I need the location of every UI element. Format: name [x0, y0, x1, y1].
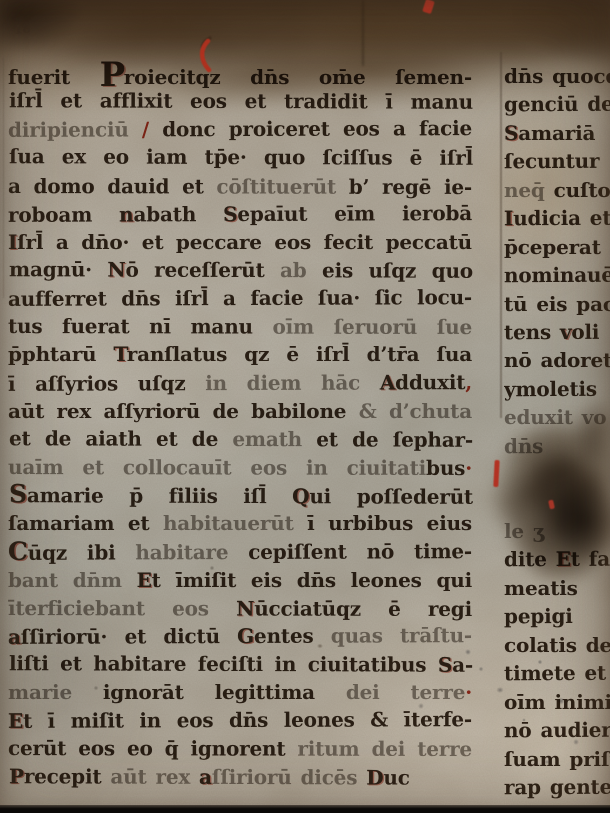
text-segment: entes [254, 623, 331, 647]
text-segment: nō audier [504, 718, 610, 743]
text-segment: a [199, 764, 212, 788]
text-segment: recepit [24, 764, 111, 788]
text-segment: A [380, 370, 395, 394]
text-segment: roboam [8, 202, 119, 226]
text-segment: ſuam priſti [504, 747, 610, 771]
manuscript-line: p̄ceperat d [504, 233, 610, 261]
text-segment: neq̄ [504, 178, 554, 202]
text-segment: D [366, 765, 383, 789]
text-segment: T [114, 342, 127, 366]
text-segment: E [137, 568, 152, 592]
text-segment: liſti et habitare feciſti in ciuitatibus [9, 651, 438, 676]
manuscript-line: ī aſſyrios uſqz in diem hāc Adduxit, [8, 368, 472, 398]
text-segment: rap gentes [504, 775, 610, 800]
manuscript-line: Precepit aūt rex aſſiriorū dicēs Duc [9, 762, 473, 792]
text-segment: ymoletis [504, 377, 597, 401]
text-column-right: dn̄s quocqzgenciū deSamariāſecunturneq̄ … [504, 62, 610, 801]
text-segment: aūt rex aſſyriorū de babilone [8, 399, 359, 423]
text-segment: ī urbibus eius [307, 511, 472, 535]
text-segment: et de ſephar- [316, 427, 473, 452]
text-segment: dei terre [346, 680, 465, 704]
rubric-segment: , [465, 370, 472, 394]
manuscript-line: marie ignorāt legittima dei terre· [8, 678, 472, 706]
manuscript-line: Iudicia et [504, 204, 610, 233]
parchment-stain-patch [470, 85, 610, 285]
text-segment: a domo dauid et [8, 174, 216, 198]
text-segment: ſrl̄ a dn̄o· et peccare eos fecit peccat… [17, 230, 472, 254]
manuscript-line: roboam nabath Sepaīut eīm ierobā [8, 199, 472, 229]
manuscript-line: bant dn̄m Et īmiſit eis dn̄s leones qui [8, 566, 472, 594]
text-segment: marie [8, 680, 103, 704]
text-segment: in diem hāc [205, 370, 380, 395]
text-column-left: fuerit Proiecitqz dn̄s om̄e ſemen-iſrl̄ … [8, 59, 472, 791]
text-segment: bus [426, 456, 465, 480]
manuscript-line: ſamariam et habitauerūt ī urbibus eius [8, 509, 472, 537]
red-ink-mark-top [422, 0, 435, 14]
manuscript-line: uaīm et collocauīt eos in ciuitatibus· [8, 453, 472, 482]
text-segment: ranſlatus qz ē iſrl̄ d’tr̄a ſua [127, 342, 472, 366]
manuscript-page-photo: 18 fuerit Proiecitqz dn̄s om̄e ſemen-iſr… [0, 0, 610, 813]
manuscript-line: aūt rex aſſyriorū de babilone & d’chuta [8, 397, 472, 425]
manuscript-line: dite Et fa [504, 545, 610, 574]
text-segment: amariā [518, 121, 595, 145]
text-segment: ſamariam et [8, 511, 163, 535]
manuscript-line: magnū· Nō receſſerūt ab eis uſqz quo [9, 255, 473, 285]
text-segment: ſecuntur [504, 149, 599, 173]
text-segment: ignorāt legittima [103, 680, 346, 704]
manuscript-line: Samariā [504, 119, 610, 147]
manuscript-line: aufferret dn̄s iſrl̄ a facie ſua· ſic lo… [8, 283, 472, 313]
manuscript-line [504, 488, 610, 517]
manuscript-line: meatis [504, 574, 610, 602]
manuscript-line: ymoletis [504, 375, 610, 404]
text-segment: S [9, 479, 27, 508]
parchment-texture-overlay [0, 0, 610, 813]
text-segment: cuſto [554, 178, 610, 202]
text-segment: aūt rex [110, 764, 199, 788]
text-segment: a- [452, 653, 473, 677]
rubric-segment: · [465, 456, 472, 480]
photo-border-bottom [0, 805, 610, 813]
manuscript-line: cerūt eos eo q̄ ignorent ritum dei terre [8, 734, 472, 763]
manuscript-line: tū eis pac [504, 290, 610, 318]
folio-mark: 18 [13, 21, 31, 37]
manuscript-line: eduxit vo [504, 403, 610, 431]
text-segment: ritum dei terre [297, 737, 472, 761]
text-segment: dite [504, 547, 556, 571]
manuscript-line: dn̄s quocqz [504, 62, 610, 90]
text-segment: I [8, 230, 17, 254]
manuscript-line: pepigi [504, 602, 610, 631]
text-segment: le ʒ [504, 519, 544, 543]
manuscript-line: iſrl̄ et afflixit eos et tradidit ī manu [9, 86, 473, 116]
ink-stain-blot-upper [498, 418, 610, 520]
text-segment: ō receſſerūt [125, 258, 280, 283]
manuscript-line: colatis de [504, 631, 610, 659]
text-segment: donc proiceret eos a facie [149, 116, 472, 141]
paraph-stroke-icon [196, 36, 218, 74]
text-segment: dn̄s quocqz [504, 64, 610, 88]
text-segment: S [438, 653, 452, 677]
manuscript-line: dn̄s [504, 431, 610, 460]
text-segment: N [236, 596, 254, 620]
manuscript-line: diripienciū / donc proiceret eos a facie [8, 114, 472, 144]
text-segment: et de aiath et de [9, 426, 232, 451]
text-segment: uc [383, 765, 409, 789]
text-segment: quas trāſtu- [331, 623, 472, 648]
text-segment: emath [232, 427, 316, 451]
manuscript-line: p̄phtarū Tranſlatus qz ē iſrl̄ d’tr̄a ſu… [8, 340, 472, 368]
text-segment: eis uſqz quo [322, 258, 473, 283]
manuscript-line: aſſiriorū· et dictū Gentes quas trāſtu- [8, 621, 472, 651]
text-segment: & d’chuta [359, 399, 472, 423]
text-segment: G [237, 624, 254, 648]
mold-speckles [0, 0, 610, 813]
manuscript-line: Samarie p̄ filiis iſl̄ Qui poſſederūt [9, 480, 473, 510]
manuscript-line: et de aiath et de emath et de ſephar- [9, 424, 473, 454]
manuscript-line: ſecuntur [504, 147, 610, 176]
text-segment: nominauē [504, 263, 610, 288]
text-segment: P [9, 764, 24, 788]
manuscript-line: nominauē [504, 261, 610, 290]
margin-ruling-line [3, 58, 4, 298]
text-segment: abath [133, 202, 223, 226]
text-segment: E [8, 709, 23, 733]
text-segment: diripienciū [8, 118, 142, 143]
text-segment: n [119, 202, 133, 226]
text-segment: tū eis pac [504, 292, 610, 316]
manuscript-line: Cūqz ibi habitare cepiſſent nō time- [8, 536, 472, 566]
text-segment: cōſtituerūt [216, 174, 336, 198]
text-segment: t fa [571, 547, 610, 571]
text-segment: oīm inimic [504, 690, 610, 714]
text-segment: t ī miſit in eos dn̄s leones & īterfe- [23, 707, 472, 733]
manuscript-line: tens voli [504, 318, 610, 347]
text-segment: ūcciatūqz ē regi [254, 596, 472, 620]
text-segment: aufferret dn̄s iſrl̄ a facie ſua· ſic lo… [8, 285, 472, 311]
manuscript-line: nō adoret [504, 346, 610, 374]
text-segment: epaīut eīm ierobā [237, 201, 472, 226]
text-segment: S [504, 121, 518, 145]
text-segment: tens [504, 320, 560, 344]
text-segment: fuerit [8, 65, 100, 89]
ink-stain-core [543, 468, 610, 572]
parchment-crease [362, 0, 364, 66]
text-segment: habitauerūt [163, 511, 307, 535]
text-segment: E [556, 547, 571, 571]
text-segment: t īmiſit eis dn̄s leones qui [152, 568, 472, 592]
text-segment: oīm ſeruorū ſue [273, 315, 473, 339]
text-segment: roiecitqz dn̄s om̄e ſemen- [124, 65, 472, 89]
text-segment: eduxit vo [504, 405, 606, 429]
parchment-light-patch [495, 690, 610, 810]
red-paraph-flourish [196, 36, 218, 74]
text-segment: magnū· [9, 257, 108, 281]
text-segment: b’ regē ie- [336, 174, 472, 198]
manuscript-line: ſua ex eo iam tp̄e· quo ſciſſus ē iſrl̄ [9, 143, 473, 173]
text-segment: udicia et [513, 206, 610, 231]
ink-stain-lobe [486, 468, 532, 534]
text-segment: C [8, 537, 28, 566]
text-segment: meatis [504, 576, 578, 600]
manuscript-line: genciū de [504, 90, 610, 119]
ink-stain-blot-lower [503, 452, 610, 587]
text-segment: S [223, 202, 237, 226]
text-segment: cepiſſent nō time- [248, 539, 472, 564]
text-segment: nō adoret [504, 348, 610, 372]
manuscript-line: nō audier [504, 716, 610, 745]
column-ruling-line [500, 52, 502, 418]
manuscript-line: oīm inimic [504, 688, 610, 716]
manuscript-line: Iſrl̄ a dn̄o· et peccare eos fecit pecca… [8, 228, 472, 256]
manuscript-line: neq̄ cuſto [504, 176, 610, 204]
text-segment: pepigi [504, 604, 573, 628]
text-segment: P [100, 55, 124, 95]
manuscript-line: le ʒ [504, 517, 610, 545]
text-segment: p̄phtarū [8, 342, 114, 366]
manuscript-line: ſuam priſti [504, 745, 610, 773]
text-segment: genciū de [504, 92, 610, 117]
text-segment: v [560, 320, 572, 344]
text-segment: uaīm et collocauīt eos in ciuitati [8, 455, 426, 480]
red-initial-stroke [493, 460, 499, 487]
text-segment: a [8, 625, 21, 649]
rubric-segment: / [142, 118, 149, 142]
text-segment: ſua ex eo iam tp̄e· quo ſciſſus ē iſrl̄ [9, 145, 473, 171]
text-segment: ī aſſyrios uſqz [8, 371, 205, 396]
text-segment: habitare [135, 540, 248, 564]
rubric-segment: · [465, 680, 472, 704]
ink-stain-tail [572, 398, 610, 464]
text-segment: ab [280, 258, 322, 282]
manuscript-line: fuerit Proiecitqz dn̄s om̄e ſemen- [8, 59, 472, 87]
soiled-top-edge [0, 0, 610, 113]
text-segment: ui poſſederūt [309, 484, 473, 509]
text-segment: dduxit [395, 370, 465, 394]
text-segment: oli [571, 320, 599, 344]
manuscript-line: rap gentes [504, 773, 610, 802]
text-segment: N [107, 258, 125, 282]
text-segment: ſſiriorū· et dictū [21, 624, 237, 649]
text-segment: Q [292, 484, 309, 508]
text-segment: dn̄s [504, 434, 543, 458]
text-segment: colatis de [504, 633, 610, 657]
parchment-shade-patch [0, 540, 130, 813]
text-segment: iſrl̄ et afflixit eos et tradidit ī manu [9, 88, 473, 114]
text-segment: cerūt eos eo q̄ ignorent [8, 736, 297, 761]
text-segment: p̄ceperat d [504, 235, 610, 259]
manuscript-line: timete et i [504, 659, 610, 688]
manuscript-line: Et ī miſit in eos dn̄s leones & īterfe- [8, 705, 472, 735]
text-segment: I [504, 206, 513, 230]
text-segment: ūqz ibi [28, 541, 136, 565]
manuscript-line: liſti et habitare feciſti in ciuitatibus… [9, 649, 473, 679]
text-segment: tus fuerat nī manu [8, 314, 273, 339]
text-segment: īterficiebant eos [8, 596, 236, 620]
photo-vignette [0, 0, 610, 813]
red-ink-dot [548, 500, 555, 510]
text-segment: amarie p̄ filiis iſl̄ [27, 483, 292, 508]
manuscript-line [504, 460, 610, 488]
manuscript-line: īterficiebant eos Nūcciatūqz ē regi [8, 594, 472, 623]
manuscript-line: a domo dauid et cōſtituerūt b’ regē ie- [8, 172, 472, 201]
text-segment: bant dn̄m [8, 568, 137, 592]
manuscript-line: tus fuerat nī manu oīm ſeruorū ſue [8, 312, 472, 341]
text-segment: ſſiriorū dicēs [212, 764, 367, 789]
text-segment: timete et i [504, 661, 610, 686]
